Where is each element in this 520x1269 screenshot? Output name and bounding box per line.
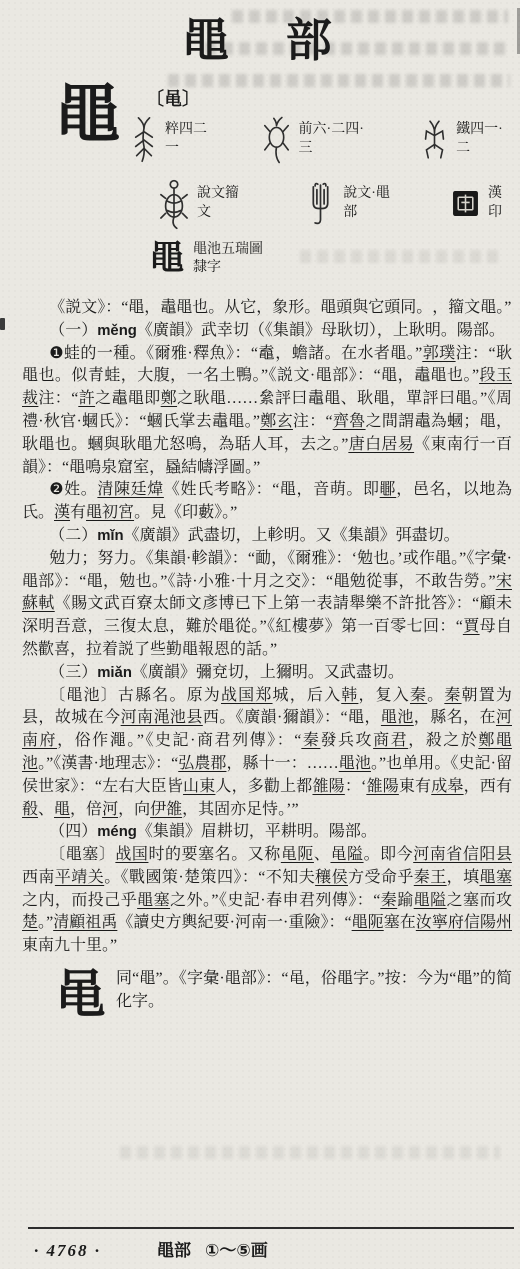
form-source-caption-line1: 黽池五瑞圖: [193, 242, 263, 257]
entry-body: 《説文》：“黽，鼃黽也。从它，象形。黽頭與它頭同。𪓑，籀文黽。” （一）měng…: [22, 297, 512, 958]
oracle-bone-glyph: [263, 113, 290, 167]
paragraph-sense-1: ❶蛙的一種。《爾雅·釋魚》：“鼁𪓿，蟾諸。在水者黽。”郭璞注：“耿黽也。似青蛙，…: [22, 343, 512, 480]
radical-section-title: 黽 部: [0, 0, 520, 67]
paragraph-sense-2: ❷姓。清陳廷煒《姓氏考略》：“黽，音萌。即鄳，邑名，以地為氏。漢有黽初宮。見《印…: [22, 479, 512, 525]
paragraph-reading-3: （三）miǎn《廣韻》彌兗切，上獮明。又武盡切。: [22, 662, 512, 685]
form-source-caption: 說文籀文: [197, 185, 247, 221]
scan-artifact: [0, 318, 5, 330]
ancient-form-item: 鐵四一·二: [422, 116, 512, 164]
ancient-forms-panel: 〔黾〕 粹四二一: [132, 85, 512, 287]
paragraph-minchi: 〔黽池〕古縣名。原为战国郑城，后入韩，复入秦。秦朝置为县，故城在今河南渑池县西。…: [22, 685, 512, 822]
dictionary-page: 黽 部 黽 〔黾〕 粹四二一: [0, 0, 520, 1269]
head-entry: 黽 〔黾〕 粹四二一: [56, 85, 512, 287]
ancient-form-item: 說文籀文: [160, 177, 247, 231]
ancient-form-item: 說文·黽部: [307, 179, 398, 229]
ancient-form-item: 黽 黽池五瑞圖 隸字: [150, 241, 263, 277]
oracle-bone-glyph: [132, 114, 156, 166]
page-footer: · 4768 · 黽部 ①～⑤画: [28, 1227, 514, 1261]
paragraph-reading-2: （二）mǐn《廣韻》武盡切，上軫明。又《集韻》弭盡切。: [22, 525, 512, 548]
page-showthrough: [120, 1146, 500, 1159]
clerical-script-glyph: 黽: [150, 242, 184, 276]
han-seal-glyph: [452, 190, 479, 217]
paragraph-shuowen: 《説文》：“黽，鼃黽也。从它，象形。黽頭與它頭同。𪓑，籀文黽。”: [22, 297, 512, 320]
footer-section-label: 黽部 ①～⑤画: [157, 1236, 268, 1261]
simplified-variant: 〔黾〕: [146, 85, 512, 111]
form-source-caption: 黽池五瑞圖 隸字: [193, 241, 263, 277]
paragraph-minsai: 〔黽塞〕战国时的要塞名。又称黾阨、黾隘。即今河南省信阳县西南平靖关。《戰國策·楚…: [22, 844, 512, 958]
page-number: · 4768 ·: [34, 1241, 101, 1261]
paragraph-reading-4: （四）méng《集韻》眉耕切，平耕明。陽部。: [22, 821, 512, 844]
headword-character: 黽: [56, 85, 130, 287]
zhouwen-glyph: [160, 177, 188, 231]
oracle-bone-glyph: [422, 116, 447, 164]
paragraph-reading-1: （一）měng《廣韻》武幸切（《集韻》母耿切），上耿明。陽部。: [22, 320, 512, 343]
ancient-forms-row: 粹四二一 前六·二四·三: [132, 113, 512, 167]
form-source-caption-line2: 隸字: [193, 260, 221, 275]
form-source-caption: 前六·二四·三: [299, 121, 373, 157]
form-source-caption: 漢印: [488, 185, 512, 221]
ancient-forms-row: 黽 黽池五瑞圖 隸字: [150, 241, 512, 277]
form-source-caption: 粹四二一: [165, 121, 217, 157]
paragraph-sense-mianli: 勉力；努力。《集韻·軫韻》：“勔，《爾雅》：‘勉也。’或作黽。”《字彙·黽部》：…: [22, 548, 512, 662]
ancient-forms-row: 說文籀文 說文·黽部: [160, 177, 512, 231]
ancient-form-item: 漢印: [452, 185, 512, 221]
simplified-entry: 黾 同“黽”。《字彙·黽部》：“黾，俗黽字。”按：今为“黽”的简化字。: [22, 968, 512, 1014]
footer-stroke-range: ①～⑤画: [205, 1236, 268, 1261]
ancient-form-item: 粹四二一: [132, 114, 217, 166]
form-source-caption: 鐵四一·二: [456, 121, 512, 157]
form-source-caption: 說文·黽部: [343, 185, 398, 221]
ancient-form-item: 前六·二四·三: [263, 113, 373, 167]
headword-character-simplified: 黾: [54, 974, 106, 1018]
seal-script-glyph: [307, 179, 334, 229]
footer-radical: 黽部: [157, 1236, 191, 1261]
